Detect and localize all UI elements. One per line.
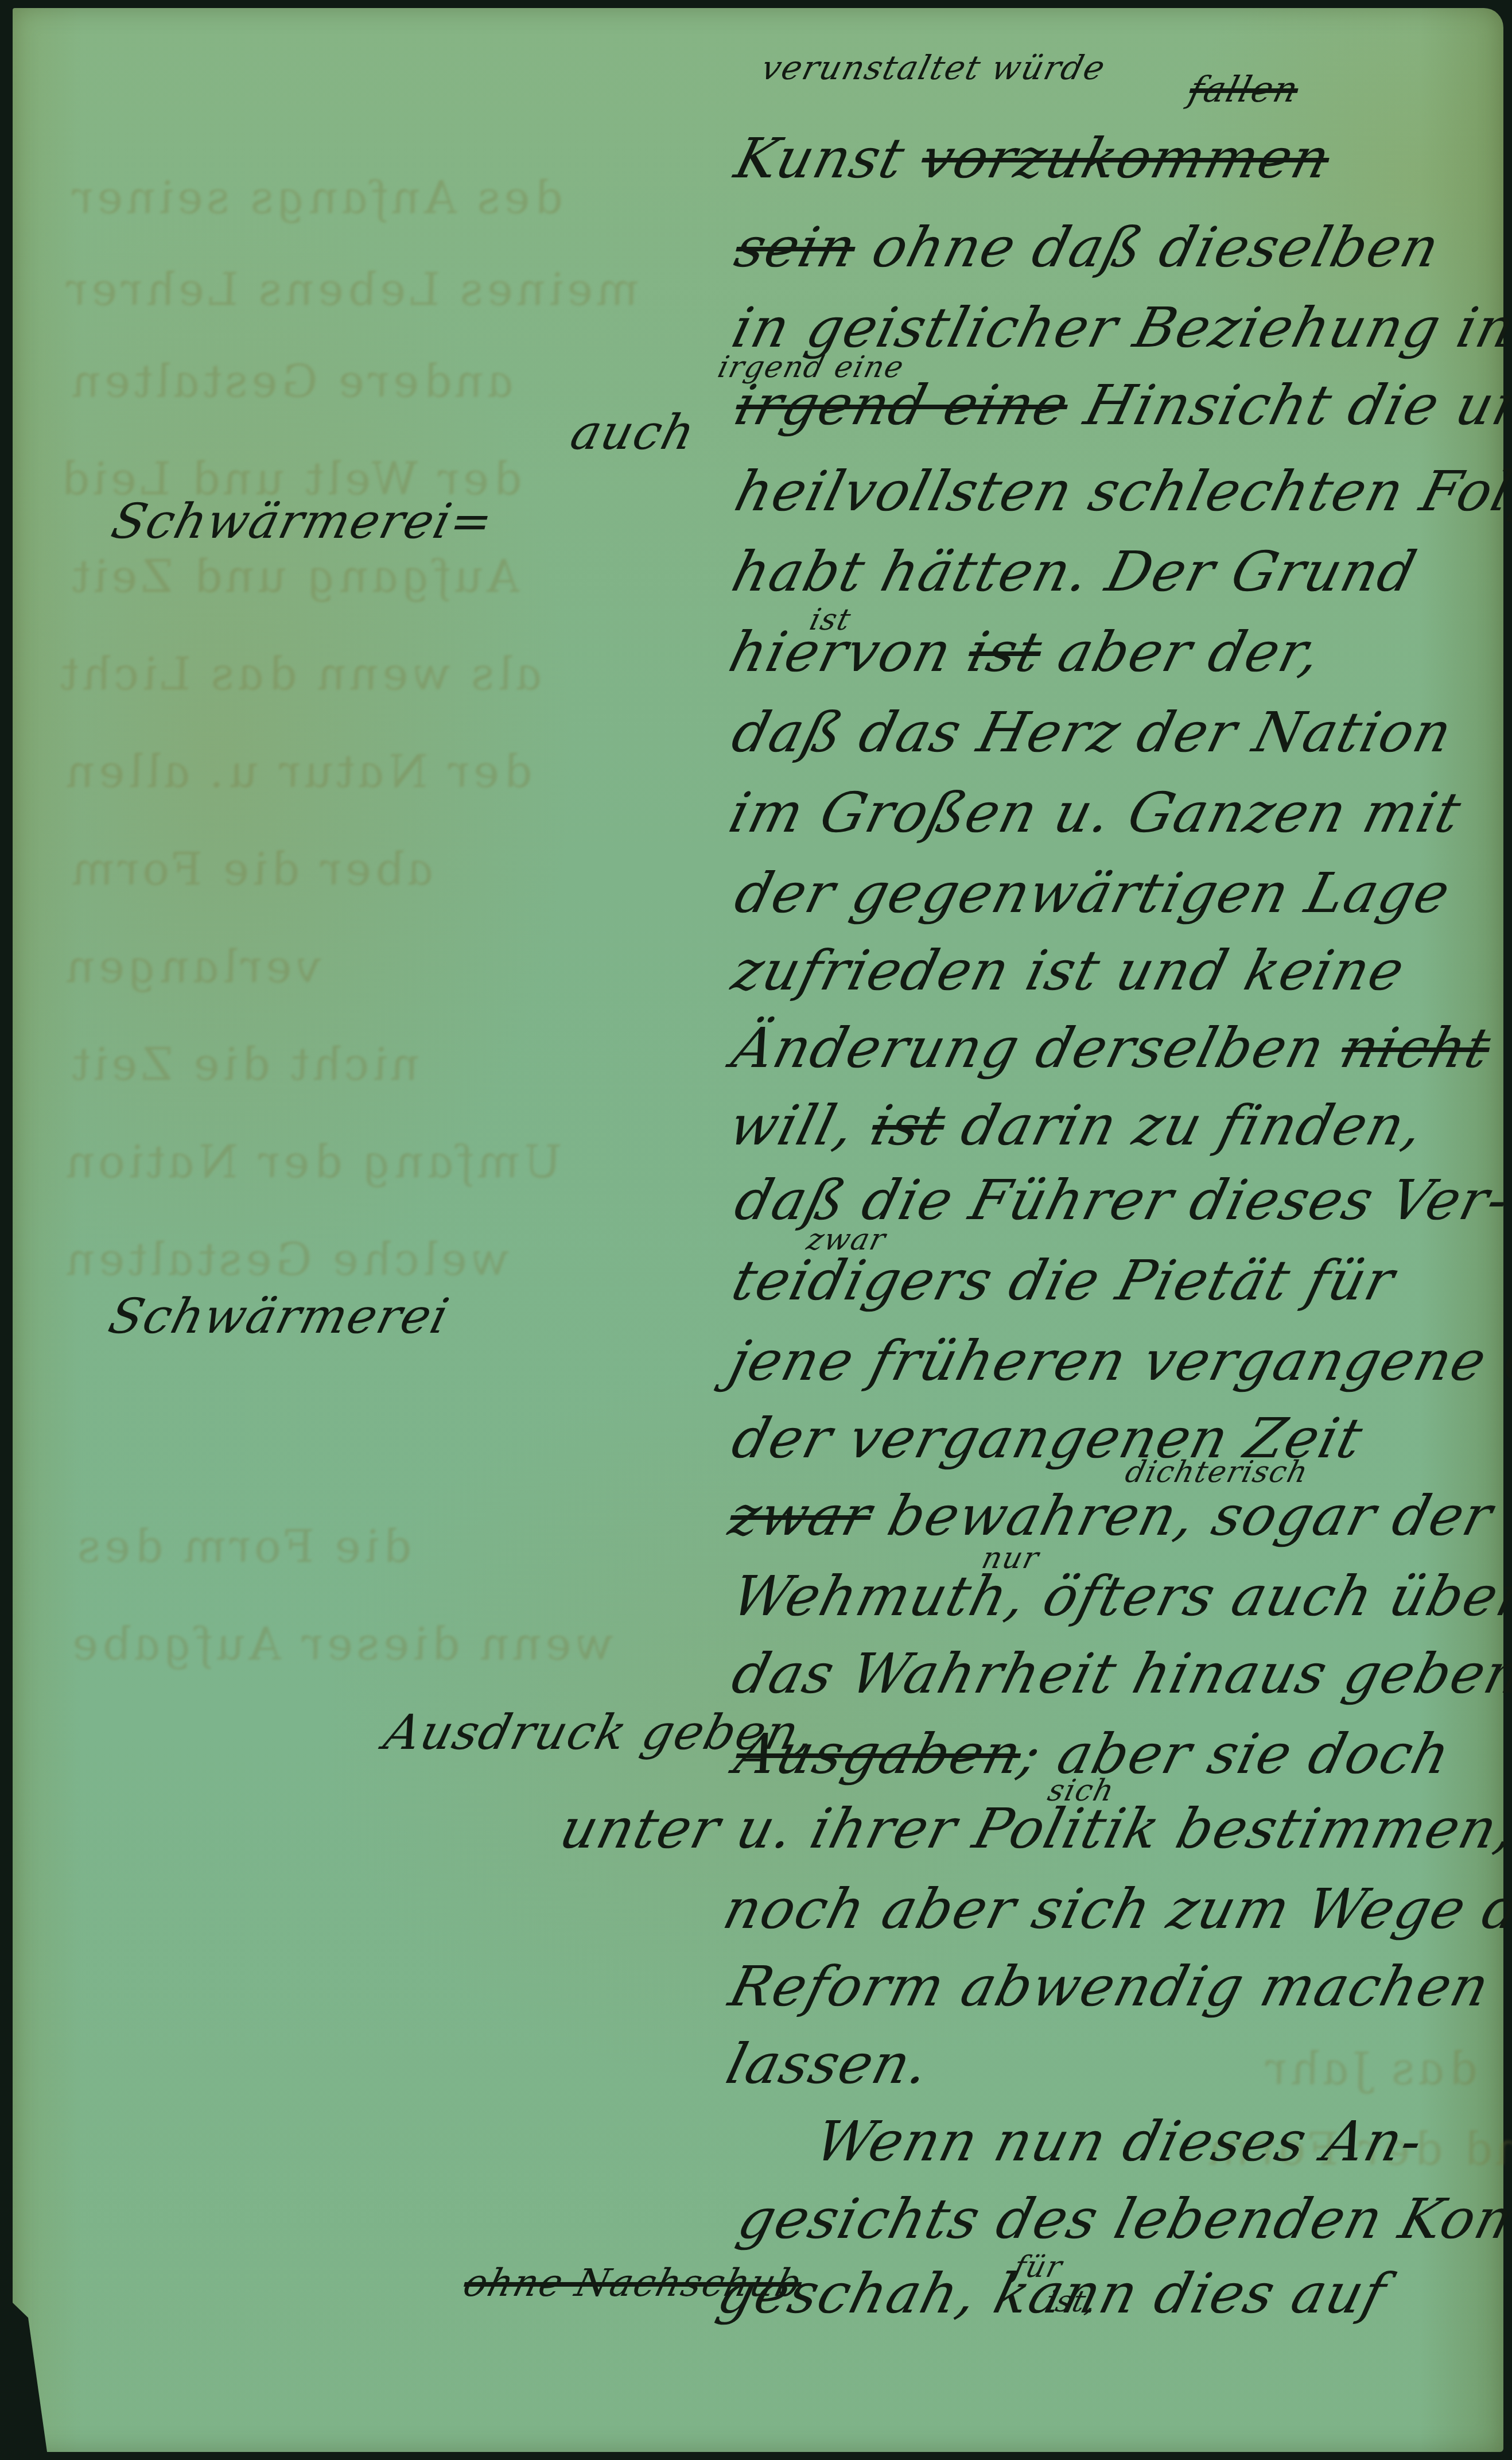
struck-word: nicht [1334, 1016, 1498, 1080]
top-insertion-struck: fallen [1185, 68, 1303, 110]
main-text-line: im Großen u. Ganzen mit [723, 781, 1468, 845]
margin-note-ausdruck-geben: Ausdruck geben, [379, 1704, 822, 1760]
interlinear-insertion: nur [978, 1541, 1043, 1576]
bleed-through-line: der Natur u. allen [57, 746, 537, 798]
margin-note-schwaermerei-2: Schwärmerei [103, 1288, 455, 1344]
main-text-line: Wenn nun dieses An- [809, 2109, 1430, 2174]
main-text-line: Reform abwendig machen [723, 1954, 1497, 2019]
margin-note-ohne-nachschub-struck: ohne Nachschub [459, 2261, 807, 2305]
interlinear-insertion: zwar [803, 1223, 890, 1257]
main-text-line: Wehmuth, öfters auch über [726, 1564, 1512, 1628]
main-text-line: zufrieden ist und keine [726, 938, 1412, 1003]
bleed-through-line: Umfang der Nation [57, 1136, 567, 1188]
main-text-line: Änderung derselben nicht [726, 1016, 1498, 1080]
main-text-line: lassen. [720, 2032, 937, 2096]
bleed-through-line: andere Gestalten [63, 356, 519, 408]
main-text-line: unter u. ihrer Politik bestimmen, [554, 1797, 1512, 1861]
bleed-through-line: als wenn das Licht [52, 649, 548, 700]
struck-word: ist [865, 1093, 952, 1158]
bleed-through-line: das Jahr [1257, 2043, 1483, 2095]
bleed-through-line: welche Gestalten [57, 1234, 515, 1286]
bleed-through-line: aber die Form [63, 844, 440, 895]
interlinear-insertion: ist, [1041, 2284, 1101, 2319]
main-text-line: daß das Herz der Nation [726, 700, 1459, 765]
interlinear-insertion: für [1010, 2250, 1067, 2284]
main-text-line: habt hätten. Der Grund [726, 540, 1423, 604]
main-text-line: will, ist darin zu finden, [723, 1093, 1431, 1158]
main-text-line: sein ohne daß dieselben [729, 215, 1447, 280]
struck-word: zwar [723, 1484, 879, 1548]
interlinear-insertion: irgend eine [714, 350, 908, 385]
interlinear-insertion: ist [806, 603, 855, 637]
struck-word: vorzukommen [915, 126, 1338, 191]
bleed-through-line: meines Lebens Lehrer [57, 264, 644, 316]
main-text-line: zwar bewahren, sogar der [723, 1484, 1500, 1548]
top-insertion: verunstaltet würde [757, 48, 1110, 87]
main-text-line: das Wahrheit hinaus geben [726, 1642, 1512, 1706]
margin-note-auch: auch [565, 404, 702, 460]
interlinear-insertion: dichterisch [1122, 1455, 1312, 1489]
main-text-line: teidigers die Pietät für [726, 1248, 1402, 1313]
manuscript-page: des Anfangs seinermeines Lebens Lehreran… [13, 8, 1503, 2452]
bleed-through-line: die Form des [69, 1521, 417, 1573]
main-text-line: jene früheren vergangene Gestalt [723, 1329, 1512, 1393]
main-text-line: noch aber sich zum Wege der [717, 1877, 1512, 1941]
main-text-line: Kunst vorzukommen [729, 126, 1338, 191]
bleed-through-line: wenn dieser Aufgabe [63, 1619, 619, 1670]
struck-word: sein [729, 215, 864, 280]
bleed-through-line: nicht die Zeit [63, 1039, 425, 1091]
torn-corner [13, 2303, 47, 2452]
bleed-through-line: Aufgang und Zeit [63, 551, 524, 603]
bleed-through-line: verlangen [57, 941, 327, 993]
margin-note-schwaermerei: Schwärmerei= [106, 493, 500, 549]
main-text-line: der gegenwärtigen Lage [729, 861, 1457, 925]
main-text-line: gesichts des lebenden Komitè [732, 2187, 1512, 2251]
bleed-through-line: des Anfangs seiner [63, 172, 568, 224]
interlinear-insertion: sich [1044, 1774, 1118, 1808]
main-text-line: heilvollsten schlechten Folgen ge- [729, 459, 1512, 523]
struck-word: ist [962, 620, 1049, 684]
